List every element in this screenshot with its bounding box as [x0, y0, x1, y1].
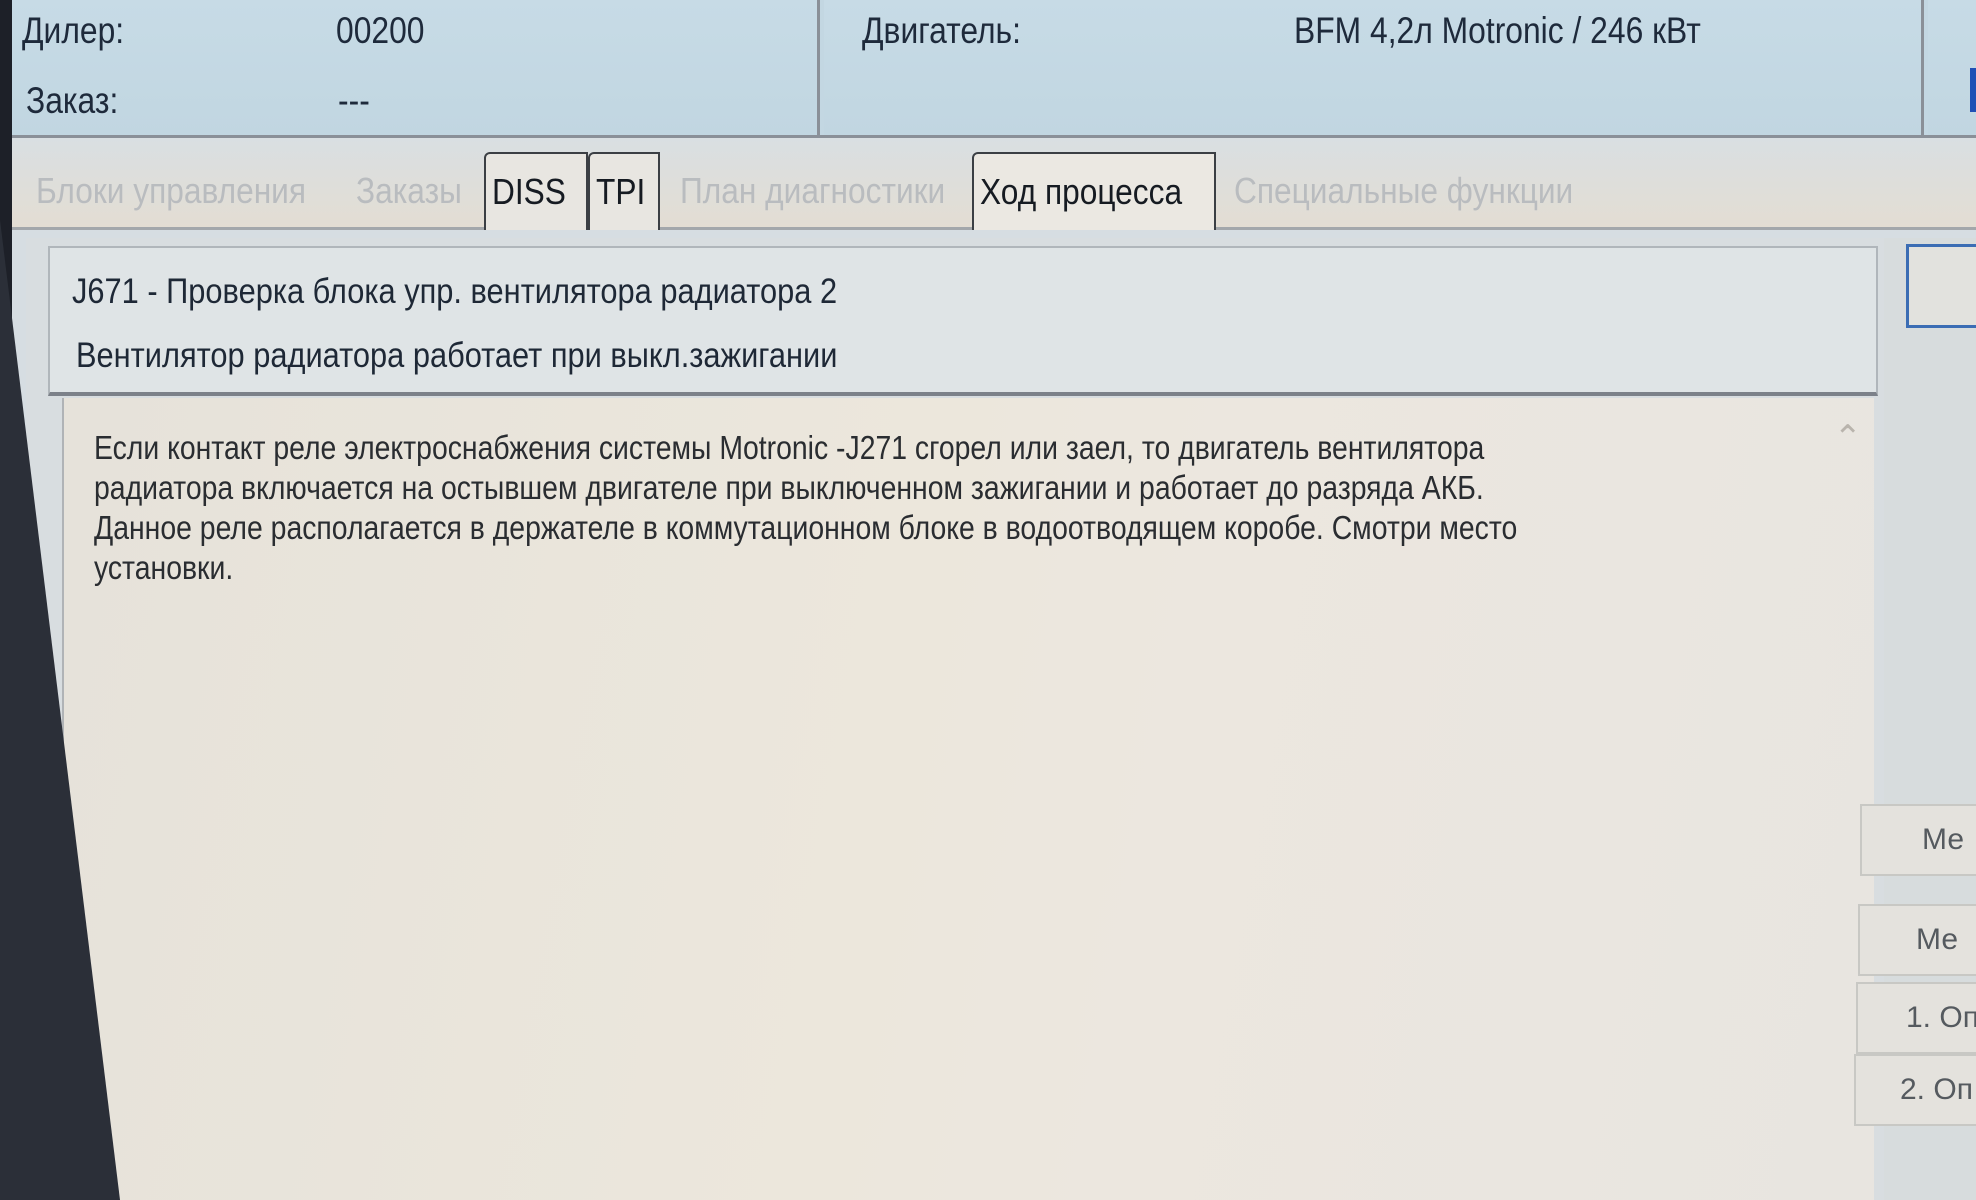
- order-value: ---: [338, 80, 370, 122]
- dealer-value: 00200: [336, 10, 424, 52]
- description-line: Если контакт реле электроснабжения систе…: [94, 428, 1728, 468]
- monitor-edge-shadow: [0, 220, 120, 1200]
- vehicle-info-panel: Дилер: 00200 Заказ: --- Двигатель: BFM 4…: [12, 0, 1976, 138]
- engine-box: Двигатель: BFM 4,2л Motronic / 246 кВт: [824, 0, 1924, 135]
- side-button-label: Ме: [1922, 823, 1964, 857]
- right-button-column: Ме Ме 1. Оп 2. Оп: [1884, 238, 1976, 1200]
- tab-label: DISS: [492, 171, 566, 213]
- side-button-option-2[interactable]: 2. Оп: [1854, 1054, 1976, 1126]
- test-title: J671 - Проверка блока упр. вентилятора р…: [72, 272, 837, 312]
- side-button-2[interactable]: Ме: [1858, 904, 1976, 976]
- diagnostic-app-window: Дилер: 00200 Заказ: --- Двигатель: BFM 4…: [12, 0, 1976, 1200]
- tab-diss[interactable]: DISS: [484, 152, 588, 230]
- tab-special-functions[interactable]: Специальные функции: [1228, 152, 1626, 230]
- side-button-1[interactable]: Ме: [1860, 804, 1976, 876]
- process-content: J671 - Проверка блока упр. вентилятора р…: [26, 238, 1884, 1200]
- selection-marker: [1970, 68, 1976, 112]
- side-info-box: [1928, 0, 1976, 135]
- test-title-box: J671 - Проверка блока упр. вентилятора р…: [48, 246, 1878, 396]
- dealer-order-box: Дилер: 00200 Заказ: ---: [12, 0, 820, 135]
- tab-process-progress[interactable]: Ход процесса: [972, 152, 1216, 230]
- side-button-label: Ме: [1916, 923, 1958, 957]
- description-line: установки.: [94, 548, 1728, 588]
- side-button-option-1[interactable]: 1. Оп: [1856, 982, 1976, 1054]
- tab-control-units[interactable]: Блоки управления: [30, 152, 349, 230]
- tab-diagnostic-plan[interactable]: План диагностики: [674, 152, 987, 230]
- description-line: Данное реле располагается в держателе в …: [94, 508, 1728, 548]
- engine-value: BFM 4,2л Motronic / 246 кВт: [1294, 10, 1701, 52]
- description-panel[interactable]: Если контакт реле электроснабжения систе…: [62, 398, 1874, 1200]
- tab-label: План диагностики: [680, 170, 945, 212]
- order-label: Заказ:: [26, 80, 118, 122]
- tab-label: TPI: [596, 171, 645, 213]
- chevron-up-icon[interactable]: ⌃: [1834, 418, 1863, 458]
- top-right-button[interactable]: [1906, 244, 1976, 328]
- test-subtitle: Вентилятор радиатора работает при выкл.з…: [76, 336, 837, 376]
- tab-label: Специальные функции: [1234, 170, 1573, 212]
- tab-label: Заказы: [356, 170, 462, 212]
- side-button-label: 1. Оп: [1906, 1001, 1976, 1035]
- tab-orders[interactable]: Заказы: [350, 152, 482, 230]
- tab-label: Блоки управления: [36, 170, 306, 212]
- tab-label: Ход процесса: [980, 171, 1182, 213]
- description-text: Если контакт реле электроснабжения систе…: [94, 428, 1728, 588]
- description-line: радиатора включается на остывшем двигате…: [94, 468, 1728, 508]
- dealer-label: Дилер:: [22, 10, 124, 52]
- tab-bar: Блоки управления Заказы DISS TPI План ди…: [12, 138, 1976, 230]
- tab-tpi[interactable]: TPI: [588, 152, 660, 230]
- side-button-label: 2. Оп: [1900, 1073, 1973, 1107]
- engine-label: Двигатель:: [862, 10, 1021, 52]
